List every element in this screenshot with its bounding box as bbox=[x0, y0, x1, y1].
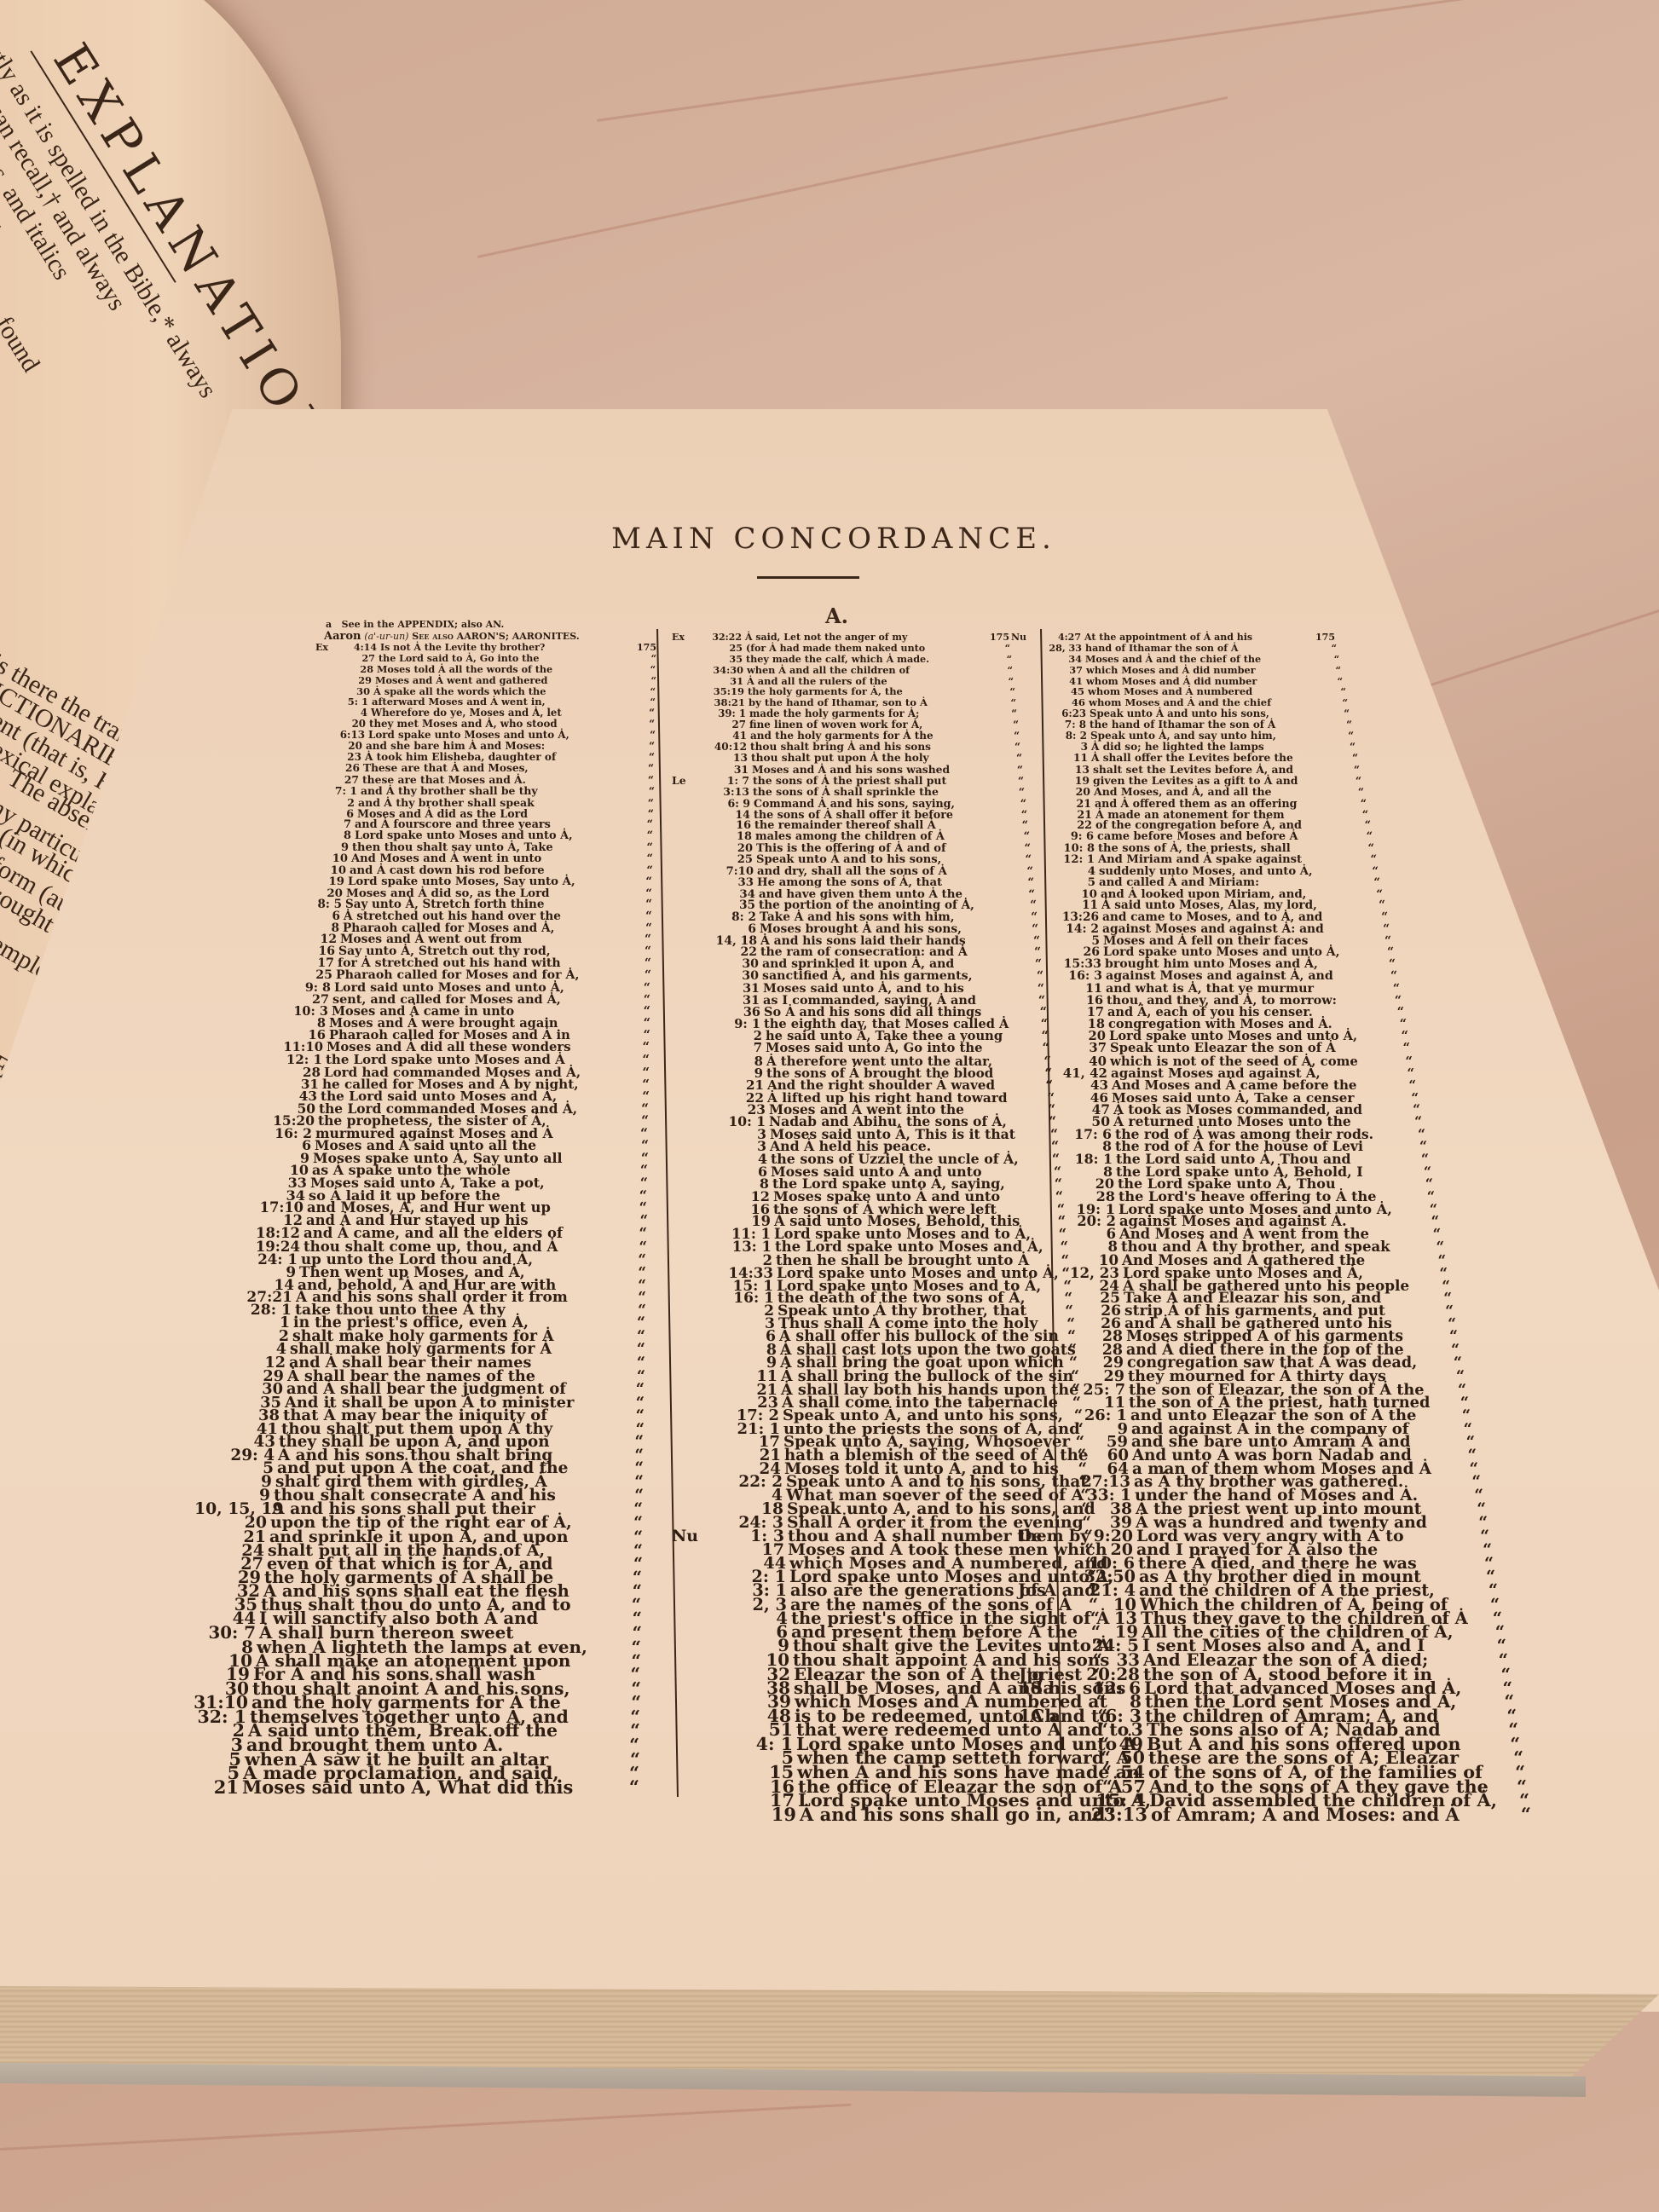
concordance-entry: 8: 2Speak unto Ȧ, and say unto him, “ bbox=[1012, 731, 1354, 742]
appendix-reference: See in the APPENDIX; also AN. bbox=[342, 619, 505, 630]
concordance-entry: Ex 32:22Ȧ said, Let not the anger of my… bbox=[672, 632, 1009, 644]
verse-reference: 3 bbox=[672, 1141, 766, 1153]
see-also-reference: See also AARON'S; AARONITES. bbox=[412, 631, 579, 642]
verse-reference: 9 bbox=[278, 842, 349, 853]
verse-reference: 3 bbox=[1012, 742, 1088, 753]
concordance-entry: 3:13the sons of Ȧ shall sprinkle the “ bbox=[672, 786, 1025, 797]
entry-context: fine linen of woven work for Ȧ, bbox=[749, 719, 922, 731]
verse-reference: 9: 6 bbox=[1013, 831, 1094, 842]
verse-reference: 2 bbox=[196, 1331, 289, 1343]
page-reference: “ bbox=[1362, 809, 1368, 820]
entry-context: Ȧ took him Elisheba, daughter of bbox=[365, 751, 556, 763]
verse-reference: 29 bbox=[309, 675, 372, 686]
page-reference: “ bbox=[649, 741, 655, 752]
concordance-entry: 37which Moses and Ȧ did number “ bbox=[1011, 665, 1341, 676]
verse-reference: 5: 1 bbox=[305, 696, 368, 707]
verse-reference: 6 bbox=[672, 1166, 767, 1179]
verse-reference: 5 bbox=[176, 1462, 274, 1476]
book-abbreviation: 1Sa bbox=[1019, 1681, 1054, 1695]
concordance-entry: 9: 6came before Moses and before Ȧ “ bbox=[1013, 831, 1373, 842]
page-reference: “ bbox=[647, 842, 653, 853]
verse-reference: 3:13 bbox=[672, 786, 749, 797]
concordance-entry: 7: 8the hand of Ithamar the son of Ȧ “ bbox=[1012, 719, 1352, 731]
verse-reference: 6 bbox=[266, 911, 340, 923]
verse-reference: 2 bbox=[286, 797, 355, 808]
page-reference: “ bbox=[650, 730, 656, 741]
entry-marker: a bbox=[326, 619, 332, 630]
entry-context: and the holy garments for Ȧ the bbox=[750, 730, 934, 742]
book-abbreviation: Le bbox=[672, 775, 686, 786]
entry-context: by the hand of Ithamar, son to Ȧ bbox=[749, 696, 928, 708]
concordance-entry: 16: 3against Moses and against Ȧ, and “ bbox=[1014, 971, 1397, 983]
concordance-entry: 18males among the children of Ȧ “ bbox=[672, 831, 1030, 842]
entry-context: These are that Ȧ and Moses, bbox=[363, 762, 529, 774]
verse-reference: 28 bbox=[311, 664, 373, 675]
entry-context: Pharaoh called for Moses and for Ȧ, bbox=[336, 968, 579, 982]
verse-reference: 9 bbox=[173, 1476, 272, 1489]
wood-grain bbox=[477, 96, 1228, 258]
page-reference: “ bbox=[649, 785, 655, 796]
concordance-entry: 41and the holy garments for Ȧ the “ bbox=[672, 731, 1020, 742]
page-reference: “ bbox=[1346, 719, 1352, 731]
entry-context: At the appointment of Ȧ and his bbox=[1084, 632, 1252, 643]
letter-heading: A. bbox=[825, 604, 848, 628]
page-reference: “ bbox=[629, 1781, 639, 1795]
entry-context: Speak unto Ȧ, and say unto him, bbox=[1090, 730, 1276, 742]
page-reference: “ bbox=[1390, 971, 1397, 983]
verse-reference: 7: 8 bbox=[1012, 719, 1086, 731]
verse-reference: 27 bbox=[672, 719, 746, 731]
verse-reference: 2 bbox=[672, 1031, 762, 1042]
entry-context: whom Moses and Ȧ and the chief bbox=[1089, 696, 1271, 708]
title-rule bbox=[757, 576, 859, 579]
verse-reference: 1 bbox=[198, 1317, 290, 1330]
concordance-entry: 6:13Lord spake unto Moses and unto Ȧ, “ bbox=[299, 730, 656, 741]
verse-reference: 22: 2 bbox=[672, 1476, 783, 1489]
entry-context: Is not Ȧ the Levite thy brother? bbox=[380, 642, 545, 653]
verse-reference: 23:13 bbox=[1020, 1808, 1147, 1822]
verse-reference: 18 bbox=[672, 831, 752, 842]
concordance-entry: Nu 4:27At the appointment of Ȧ and his … bbox=[1011, 632, 1335, 644]
concordance-entry: 21Moses said unto Ȧ, What did this “ bbox=[128, 1781, 639, 1795]
verse-reference: 7 bbox=[672, 1042, 762, 1054]
page-reference: 175 bbox=[637, 643, 656, 654]
entry-context: Wherefore do ye, Moses and Ȧ, let bbox=[371, 707, 562, 719]
wood-grain bbox=[0, 2104, 852, 2151]
entry-context: Ȧ shall offer the Levites before the bbox=[1091, 752, 1293, 764]
concordance-entry: 28Moses told Ȧ all the words of the “ bbox=[311, 664, 656, 675]
entry-context: made the holy garments for Ȧ; bbox=[749, 707, 919, 719]
concordance-column-1: a See in the APPENDIX; also AN. Aaron (a… bbox=[128, 619, 665, 1795]
verse-reference: 5 bbox=[132, 1753, 241, 1767]
book-abbreviation: De bbox=[1018, 1530, 1042, 1544]
verse-reference: 13: 1 bbox=[672, 1241, 772, 1254]
book-abbreviation: Jos bbox=[1018, 1584, 1046, 1597]
page-title: MAIN CONCORDANCE. bbox=[587, 522, 1081, 556]
verse-reference: 16 bbox=[672, 820, 751, 831]
book-abbreviation: Ex bbox=[315, 643, 328, 654]
concordance-entry: 25Speak unto Ȧ and to his sons, “ bbox=[672, 854, 1032, 866]
entry-context: against Moses and against Ȧ, and bbox=[1106, 969, 1333, 983]
page-reference: “ bbox=[650, 664, 656, 675]
verse-reference: 20 bbox=[1012, 786, 1090, 797]
concordance-entry: 20And Moses, and Ȧ, and all the “ bbox=[1012, 786, 1364, 797]
page-reference: “ bbox=[1370, 854, 1377, 866]
page-reference: 175 bbox=[990, 632, 1009, 644]
verse-reference: 4 bbox=[672, 1153, 767, 1166]
page-reference: “ bbox=[1365, 820, 1371, 831]
verse-reference: 17: 6 bbox=[1015, 1129, 1112, 1141]
concordance-column-3: Nu 4:27At the appointment of Ȧ and his … bbox=[1011, 632, 1514, 1822]
page-reference: “ bbox=[648, 808, 654, 819]
verse-reference: 20: 2 bbox=[1015, 1216, 1116, 1228]
concordance-entry: 8Lord spake unto Moses and unto Ȧ, “ bbox=[280, 830, 653, 841]
verse-reference: 28: 1 bbox=[200, 1304, 292, 1317]
verse-reference: 3 bbox=[134, 1738, 243, 1753]
verse-reference: 8 bbox=[280, 830, 351, 841]
concordance-entry: 35they made the calf, which Ȧ made. “ bbox=[672, 654, 1012, 665]
verse-reference: 6: 9 bbox=[672, 798, 750, 809]
verse-reference: 16: 3 bbox=[1014, 971, 1102, 983]
page-reference: “ bbox=[1368, 843, 1374, 854]
entry-context: Lord spake unto Moses and unto Ȧ, bbox=[368, 729, 569, 741]
appendix-note: a See in the APPENDIX; also AN. bbox=[128, 619, 665, 630]
verse-reference: 4: 1 bbox=[672, 1737, 793, 1752]
verse-reference: 32: 1 bbox=[138, 1710, 246, 1724]
concordance-entry: 27fine linen of woven work for Ȧ, “ bbox=[672, 719, 1019, 731]
entry-context: the Lord said to Ȧ, Go into the bbox=[379, 653, 539, 664]
entry-list: Ex 4:14Is not Ȧ the Levite thy brother?… bbox=[128, 643, 665, 1795]
page-reference: “ bbox=[1334, 654, 1339, 665]
verse-reference: 21 bbox=[128, 1781, 239, 1795]
verse-reference: 35 bbox=[672, 654, 743, 665]
verse-reference: 7: 1 bbox=[289, 785, 357, 796]
verse-reference: 4 bbox=[672, 1612, 788, 1626]
page-reference: 175 bbox=[1315, 632, 1335, 644]
book-abbreviation: 1Ch bbox=[1019, 1709, 1057, 1724]
verse-reference: 6 bbox=[672, 1331, 776, 1343]
verse-reference: 29: 4 bbox=[177, 1449, 275, 1463]
verse-reference: 25 bbox=[256, 970, 332, 982]
verse-reference: 34 bbox=[1011, 654, 1082, 665]
concordance-entry: 10And Moses and Ȧ went in unto “ bbox=[276, 853, 653, 865]
entry-context: Ȧ said, Let not the anger of my bbox=[745, 632, 907, 643]
verse-reference: 2, 3 bbox=[672, 1598, 787, 1612]
entry-context: (for Ȧ had made them naked unto bbox=[746, 643, 925, 654]
concordance-entry: 25Pharaoh called for Moses and for Ȧ, “ bbox=[256, 970, 651, 982]
concordance-entry: 7: 1and Ȧ thy brother shall be thy “ bbox=[289, 785, 655, 796]
concordance-entry: 23:13of Amram; Ȧ and Moses: and Ȧ “ bbox=[1020, 1808, 1531, 1822]
page-reference: “ bbox=[1358, 786, 1364, 797]
concordance-entry: 40:12thou shalt bring Ȧ and his sons “ bbox=[672, 742, 1020, 753]
verse-reference: 21 bbox=[1013, 798, 1091, 809]
page-reference: “ bbox=[1361, 798, 1367, 809]
concordance-entry: 34:30when Ȧ and all the children of “ bbox=[672, 665, 1013, 676]
page-reference: “ bbox=[646, 865, 653, 877]
book-abbreviation: Nu bbox=[1011, 632, 1026, 644]
concordance-entry: 21and Ȧ offered them as an offering “ bbox=[1013, 798, 1367, 809]
entry-context: when Ȧ and all the children of bbox=[747, 664, 910, 676]
pronunciation: (a'-ur-un) bbox=[364, 631, 408, 642]
verse-reference: 7 bbox=[282, 819, 351, 830]
verse-reference: 10 bbox=[275, 865, 346, 877]
verse-reference: 4 bbox=[1013, 866, 1095, 878]
page-reference: “ bbox=[1372, 866, 1379, 878]
page-reference: “ bbox=[1350, 742, 1356, 753]
concordance-entry: 30sanctified Ȧ, and his garments, “ bbox=[672, 971, 1043, 983]
verse-reference: 8: 5 bbox=[268, 899, 342, 911]
verse-reference: 10: 8 bbox=[1013, 843, 1095, 854]
entry-list: Ex 32:22Ȧ said, Let not the anger of my… bbox=[672, 632, 1047, 1822]
page-reference: “ bbox=[1348, 731, 1354, 742]
verse-reference: 14 bbox=[672, 809, 750, 820]
concordance-entry: 6Moses and Ȧ did as the Lord “ bbox=[285, 808, 654, 819]
verse-reference: 8: 2 bbox=[1012, 731, 1087, 742]
verse-reference: 41 bbox=[672, 731, 747, 742]
verse-reference: 34:30 bbox=[672, 665, 743, 676]
entry-context: and she bare him Ȧ and Moses: bbox=[366, 740, 545, 752]
entry-context: Speak unto Ȧ and unto his sons, bbox=[1090, 707, 1269, 719]
concordance-entry: Ex 4:14Is not Ȧ the Levite thy brother?… bbox=[315, 643, 656, 654]
entry-context: thou shalt put upon Ȧ the holy bbox=[751, 752, 929, 764]
entry-context: sanctified Ȧ, and his garments, bbox=[762, 969, 973, 983]
verse-reference: 26: 1 bbox=[1017, 1409, 1127, 1423]
book-abbreviation: Ex bbox=[672, 632, 685, 644]
page-reference: “ bbox=[647, 819, 653, 830]
concordance-entry: 6:23Speak unto Ȧ and unto his sons, “ bbox=[1012, 708, 1350, 719]
verse-reference: 40:12 bbox=[672, 742, 747, 753]
page-reference: “ bbox=[648, 797, 654, 808]
verse-reference: 14: 2 bbox=[1014, 924, 1099, 936]
page-reference: “ bbox=[646, 853, 653, 865]
page-reference: “ bbox=[651, 675, 657, 686]
entry-context: the hand of Ithamar the son of Ȧ bbox=[1090, 719, 1275, 731]
entry-context: which Moses and Ȧ did number bbox=[1086, 664, 1256, 676]
verse-reference: 20 bbox=[672, 843, 753, 854]
verse-reference: 9: 1 bbox=[672, 1019, 760, 1031]
verse-reference: 20 bbox=[297, 741, 362, 752]
verse-reference: 30 bbox=[672, 971, 759, 983]
entry-context: thou shalt bring Ȧ and his sons bbox=[750, 741, 931, 753]
verse-reference: 16: 1 bbox=[672, 1292, 774, 1305]
entry-context: Ȧ did so; he lighted the lamps bbox=[1091, 741, 1264, 753]
entry-context: And Moses and Ȧ went in unto bbox=[351, 852, 541, 865]
entry-context: they met Moses and Ȧ, who stood bbox=[369, 718, 558, 730]
verse-reference: 6 bbox=[672, 1626, 788, 1639]
concordance-entry: 29Moses and Ȧ went and gathered “ bbox=[309, 675, 656, 686]
page-reference: “ bbox=[647, 830, 653, 841]
entry-context: hand of Ithamar the son of Ȧ bbox=[1085, 643, 1239, 654]
verse-reference: 6:13 bbox=[299, 730, 365, 741]
verse-reference: 12: 1 bbox=[1013, 854, 1095, 866]
verse-reference: 10: 1 bbox=[672, 1116, 766, 1129]
verse-reference: 8: 2 bbox=[672, 912, 756, 924]
verse-reference: 30: 7 bbox=[151, 1626, 256, 1639]
verse-reference: 7:10 bbox=[672, 866, 754, 878]
verse-reference: 8 bbox=[672, 1344, 777, 1357]
verse-reference: 37 bbox=[1011, 665, 1083, 676]
headword-line: Aaron (a'-ur-un) See also AARON'S; AARON… bbox=[128, 630, 665, 643]
verse-reference: 21 bbox=[1013, 809, 1092, 820]
entry-context: Moses said unto Ȧ, What did this bbox=[242, 1776, 573, 1798]
verse-reference: 6 bbox=[285, 808, 354, 819]
concordance-entry: 12: 1And Miriam and Ȧ spake against “ bbox=[1013, 854, 1377, 866]
book-abbreviation: Nu bbox=[672, 1530, 698, 1544]
verse-reference: 3 bbox=[672, 1129, 766, 1141]
page-reference: “ bbox=[1336, 665, 1342, 676]
verse-reference: 19 bbox=[672, 1808, 796, 1822]
headword: Aaron bbox=[324, 630, 361, 643]
verse-reference: 3 bbox=[672, 1318, 775, 1331]
verse-reference: 16: 2 bbox=[228, 1128, 312, 1141]
verse-reference: 2 bbox=[136, 1724, 245, 1738]
concordance-entry: 2and Ȧ thy brother shall speak “ bbox=[286, 797, 654, 808]
concordance-entry: 39: 1made the holy garments for Ȧ; “ bbox=[672, 708, 1017, 719]
verse-reference: 8 bbox=[672, 1055, 763, 1067]
page-reference: “ bbox=[1367, 831, 1373, 842]
verse-reference: 6 bbox=[1015, 1228, 1116, 1241]
entry-list: Nu 4:27At the appointment of Ȧ and his … bbox=[1011, 632, 1514, 1822]
concordance-entry: 3Ȧ did so; he lighted the lamps “ bbox=[1012, 742, 1356, 753]
entry-context: Moses and Ȧ went and gathered bbox=[375, 674, 547, 686]
page-reference: “ bbox=[645, 970, 651, 982]
entry-context: of Amram; Ȧ and Moses: and Ȧ bbox=[1151, 1804, 1460, 1825]
concordance-entry: 34Moses and Ȧ and the chief of the “ bbox=[1011, 654, 1339, 665]
verse-reference: 18: 1 bbox=[1015, 1153, 1113, 1166]
concordance-entry: 6: 9Command Ȧ and his sons, saying, “ bbox=[672, 798, 1026, 809]
concordance-entry: 20and she bare him Ȧ and Moses: “ bbox=[297, 741, 655, 752]
concordance-column-2: Ex 32:22Ȧ said, Let not the anger of my… bbox=[672, 632, 1047, 1822]
verse-reference: 10 bbox=[276, 853, 348, 865]
verse-reference: 2 bbox=[672, 1305, 774, 1318]
verse-reference: 22 bbox=[1013, 820, 1092, 831]
verse-reference: 24: 1 bbox=[208, 1253, 298, 1266]
concordance-entry: 20they met Moses and Ȧ, who stood “ bbox=[301, 719, 655, 730]
verse-reference: 6 bbox=[227, 1140, 311, 1152]
page-reference: “ bbox=[1521, 1808, 1531, 1822]
wood-grain bbox=[597, 0, 1610, 122]
verse-reference: 25 bbox=[672, 854, 753, 866]
